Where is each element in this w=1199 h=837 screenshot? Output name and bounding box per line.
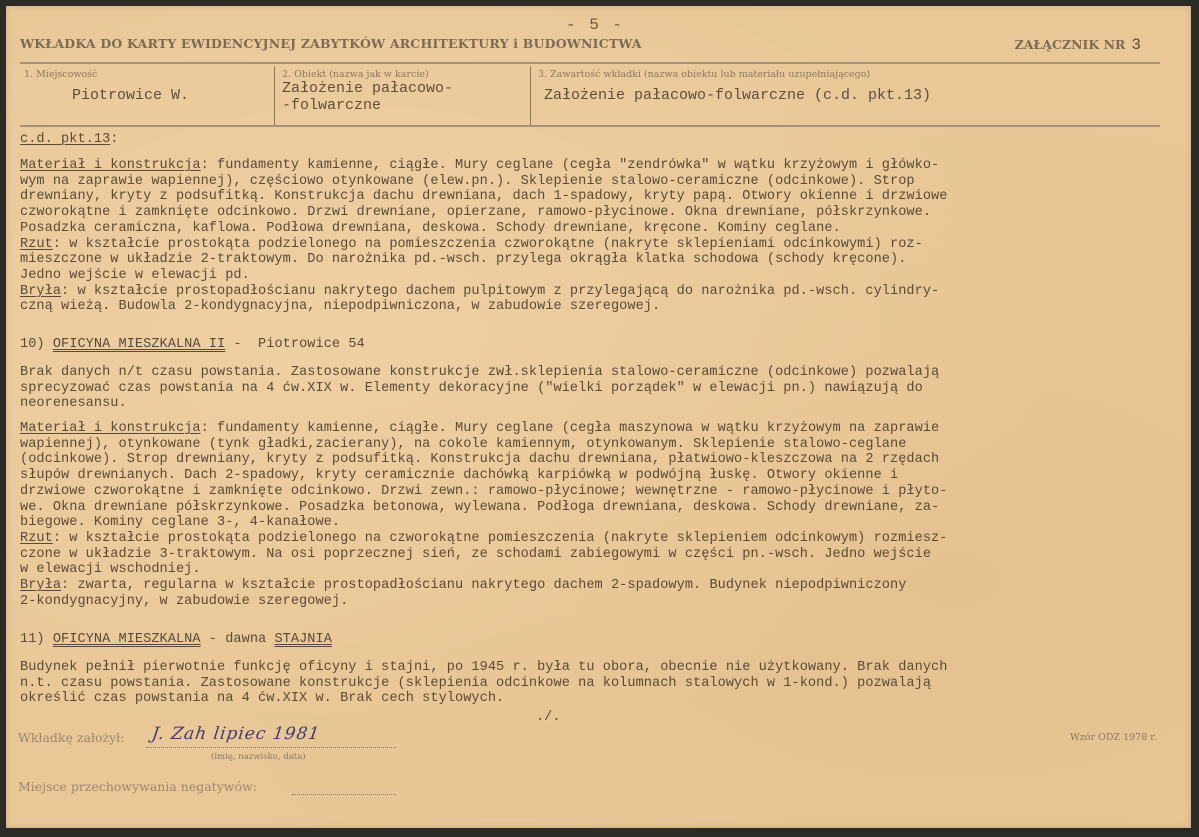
attachment-label: ZAŁĄCZNIK NR3 [1015,36,1141,54]
author-label: Wkładkę założył: [18,730,124,745]
continuation-mark: ./. [536,710,560,725]
text-line: czworokątne i zamknięte odcinkowo. Drzwi… [20,205,931,220]
negatives-label: Miejsce przechowywania negatywów: [18,779,257,794]
colon: : [110,132,118,147]
text-line: : w kształcie prostokąta podzielonego na… [53,531,948,546]
item10-intro: Brak danych n/t czasu powstania. Zastoso… [20,365,1190,412]
continuation-heading: c.d. pkt.13: [20,132,1190,148]
author-hint: (imię, nazwisko, data) [211,752,306,762]
material-label: Materiał i konstrukcja [20,421,201,436]
author-dotline [146,746,396,748]
field-locality: 1. Miejscowość Piotrowice W. [24,69,189,104]
text-line: 2-kondygnacyjny, w zabudowie szeregowej. [20,594,348,609]
attachment-label-text: ZAŁĄCZNIK NR [1015,37,1126,52]
text-line: we. Okna drewniane półskrzynkowe. Posadz… [20,500,939,515]
text-line: wym na zaprawie wapiennej), częściowo ot… [20,174,915,189]
item-title: OFICYNA MIESZKALNA [53,632,201,647]
template-note: Wzór ODZ 1978 r. [1070,732,1157,743]
author-signature: J. Zah lipiec 1981 [151,724,322,744]
negatives-dotline [292,793,396,795]
item-suffix: - Piotrowice 54 [225,337,365,352]
field-object-value-line2: -folwarczne [282,97,453,114]
item10-details: Materiał i konstrukcja: fundamenty kamie… [20,421,1190,609]
text-line: : zwarta, regularna w kształcie prostopa… [61,578,906,593]
field-divider-1 [274,66,275,125]
header-top-rule [20,62,1160,64]
text-line: neorenesansu. [20,396,127,411]
text-line: czną wieżą. Budowla 2-kondygnacyjna, nie… [20,299,660,314]
text-line: drzwiowe czworokątne i zamknięte odcinko… [20,484,947,499]
plan-label: Rzut [20,237,53,252]
text-line: : w kształcie prostopadłościanu nakryteg… [61,284,939,299]
text-line: (odcinkowe). Strop drewniany, kryty z po… [20,452,939,467]
page-number: - 5 - [566,16,624,34]
form-title: WKŁADKA DO KARTY EWIDENCYJNEJ ZABYTKÓW A… [20,36,642,51]
material-label: Materiał i konstrukcja [20,158,201,173]
text-line: wapiennej), otynkowane (tynk gładki,zaci… [20,437,906,452]
item-number: 11) [20,632,45,647]
field-locality-value: Piotrowice W. [72,87,189,104]
item-number: 10) [20,337,45,352]
field-contents-value: Założenie pałacowo-folwarczne (c.d. pkt.… [544,87,931,104]
field-object-label: 2. Obiekt (nazwa jak w karcie) [282,69,453,80]
item11-heading: 11) OFICYNA MIESZKALNA - dawna STAJNIA [20,632,1190,648]
text-line: : fundamenty kamienne, ciągłe. Mury cegl… [201,158,940,173]
field-divider-2 [530,66,531,125]
item-middle: - dawna [201,632,275,647]
continuation-heading-text: c.d. pkt.13 [20,132,110,147]
text-line: określić czas powstania na 4 ćw.XIX w. B… [20,691,504,706]
field-object: 2. Obiekt (nazwa jak w karcie) Założenie… [282,69,453,114]
text-line: czone w układzie 3-traktowym. Na osi pop… [20,547,931,562]
mass-label: Bryła [20,578,61,593]
header-bottom-rule [20,125,1160,127]
text-line: Posadzka ceramiczna, kaflowa. Podłowa dr… [20,221,841,236]
item11-text: Budynek pełnił pierwotnie funkcję oficyn… [20,660,1190,707]
field-contents: 3. Zawartość wkładki (nazwa obiektu lub … [538,69,931,104]
text-line: : w kształcie prostokąta podzielonego na… [53,237,923,252]
text-line: Jedno wejście w elewacji pd. [20,268,250,283]
field-locality-label: 1. Miejscowość [24,69,189,80]
s1-material-section: Materiał i konstrukcja: fundamenty kamie… [20,158,1190,315]
text-line: : fundamenty kamienne, ciągłe. Mury cegl… [201,421,940,436]
text-line: n.t. czasu powstania. Zastosowane konstr… [20,676,931,691]
document-sheet: - 5 - WKŁADKA DO KARTY EWIDENCYJNEJ ZABY… [6,6,1191,828]
item-title: OFICYNA MIESZKALNA II [53,337,225,352]
text-line: drewniany, kryty z podsufitką. Konstrukc… [20,189,947,204]
field-contents-label: 3. Zawartość wkładki (nazwa obiektu lub … [538,69,931,80]
attachment-number: 3 [1131,36,1141,54]
text-line: mieszczone w układzie 2-traktowym. Do na… [20,252,906,267]
mass-label: Bryła [20,284,61,299]
text-line: sprecyzować czas powstania na 4 ćw.XIX w… [20,381,923,396]
text-line: słupów drewnianych. Dach 2-spadowy, kryt… [20,468,898,483]
plan-label: Rzut [20,531,53,546]
item10-heading: 10) OFICYNA MIESZKALNA II - Piotrowice 5… [20,337,1190,353]
text-line: biegowe. Kominy ceglane 3-, 4-kanałowe. [20,515,340,530]
text-line: Budynek pełnił pierwotnie funkcję oficyn… [20,660,947,675]
text-line: w elewacji wschodniej. [20,562,201,577]
field-object-value-line1: Założenie pałacowo- [282,80,453,97]
text-line: Brak danych n/t czasu powstania. Zastoso… [20,365,939,380]
item-title-2: STAJNIA [274,632,331,647]
